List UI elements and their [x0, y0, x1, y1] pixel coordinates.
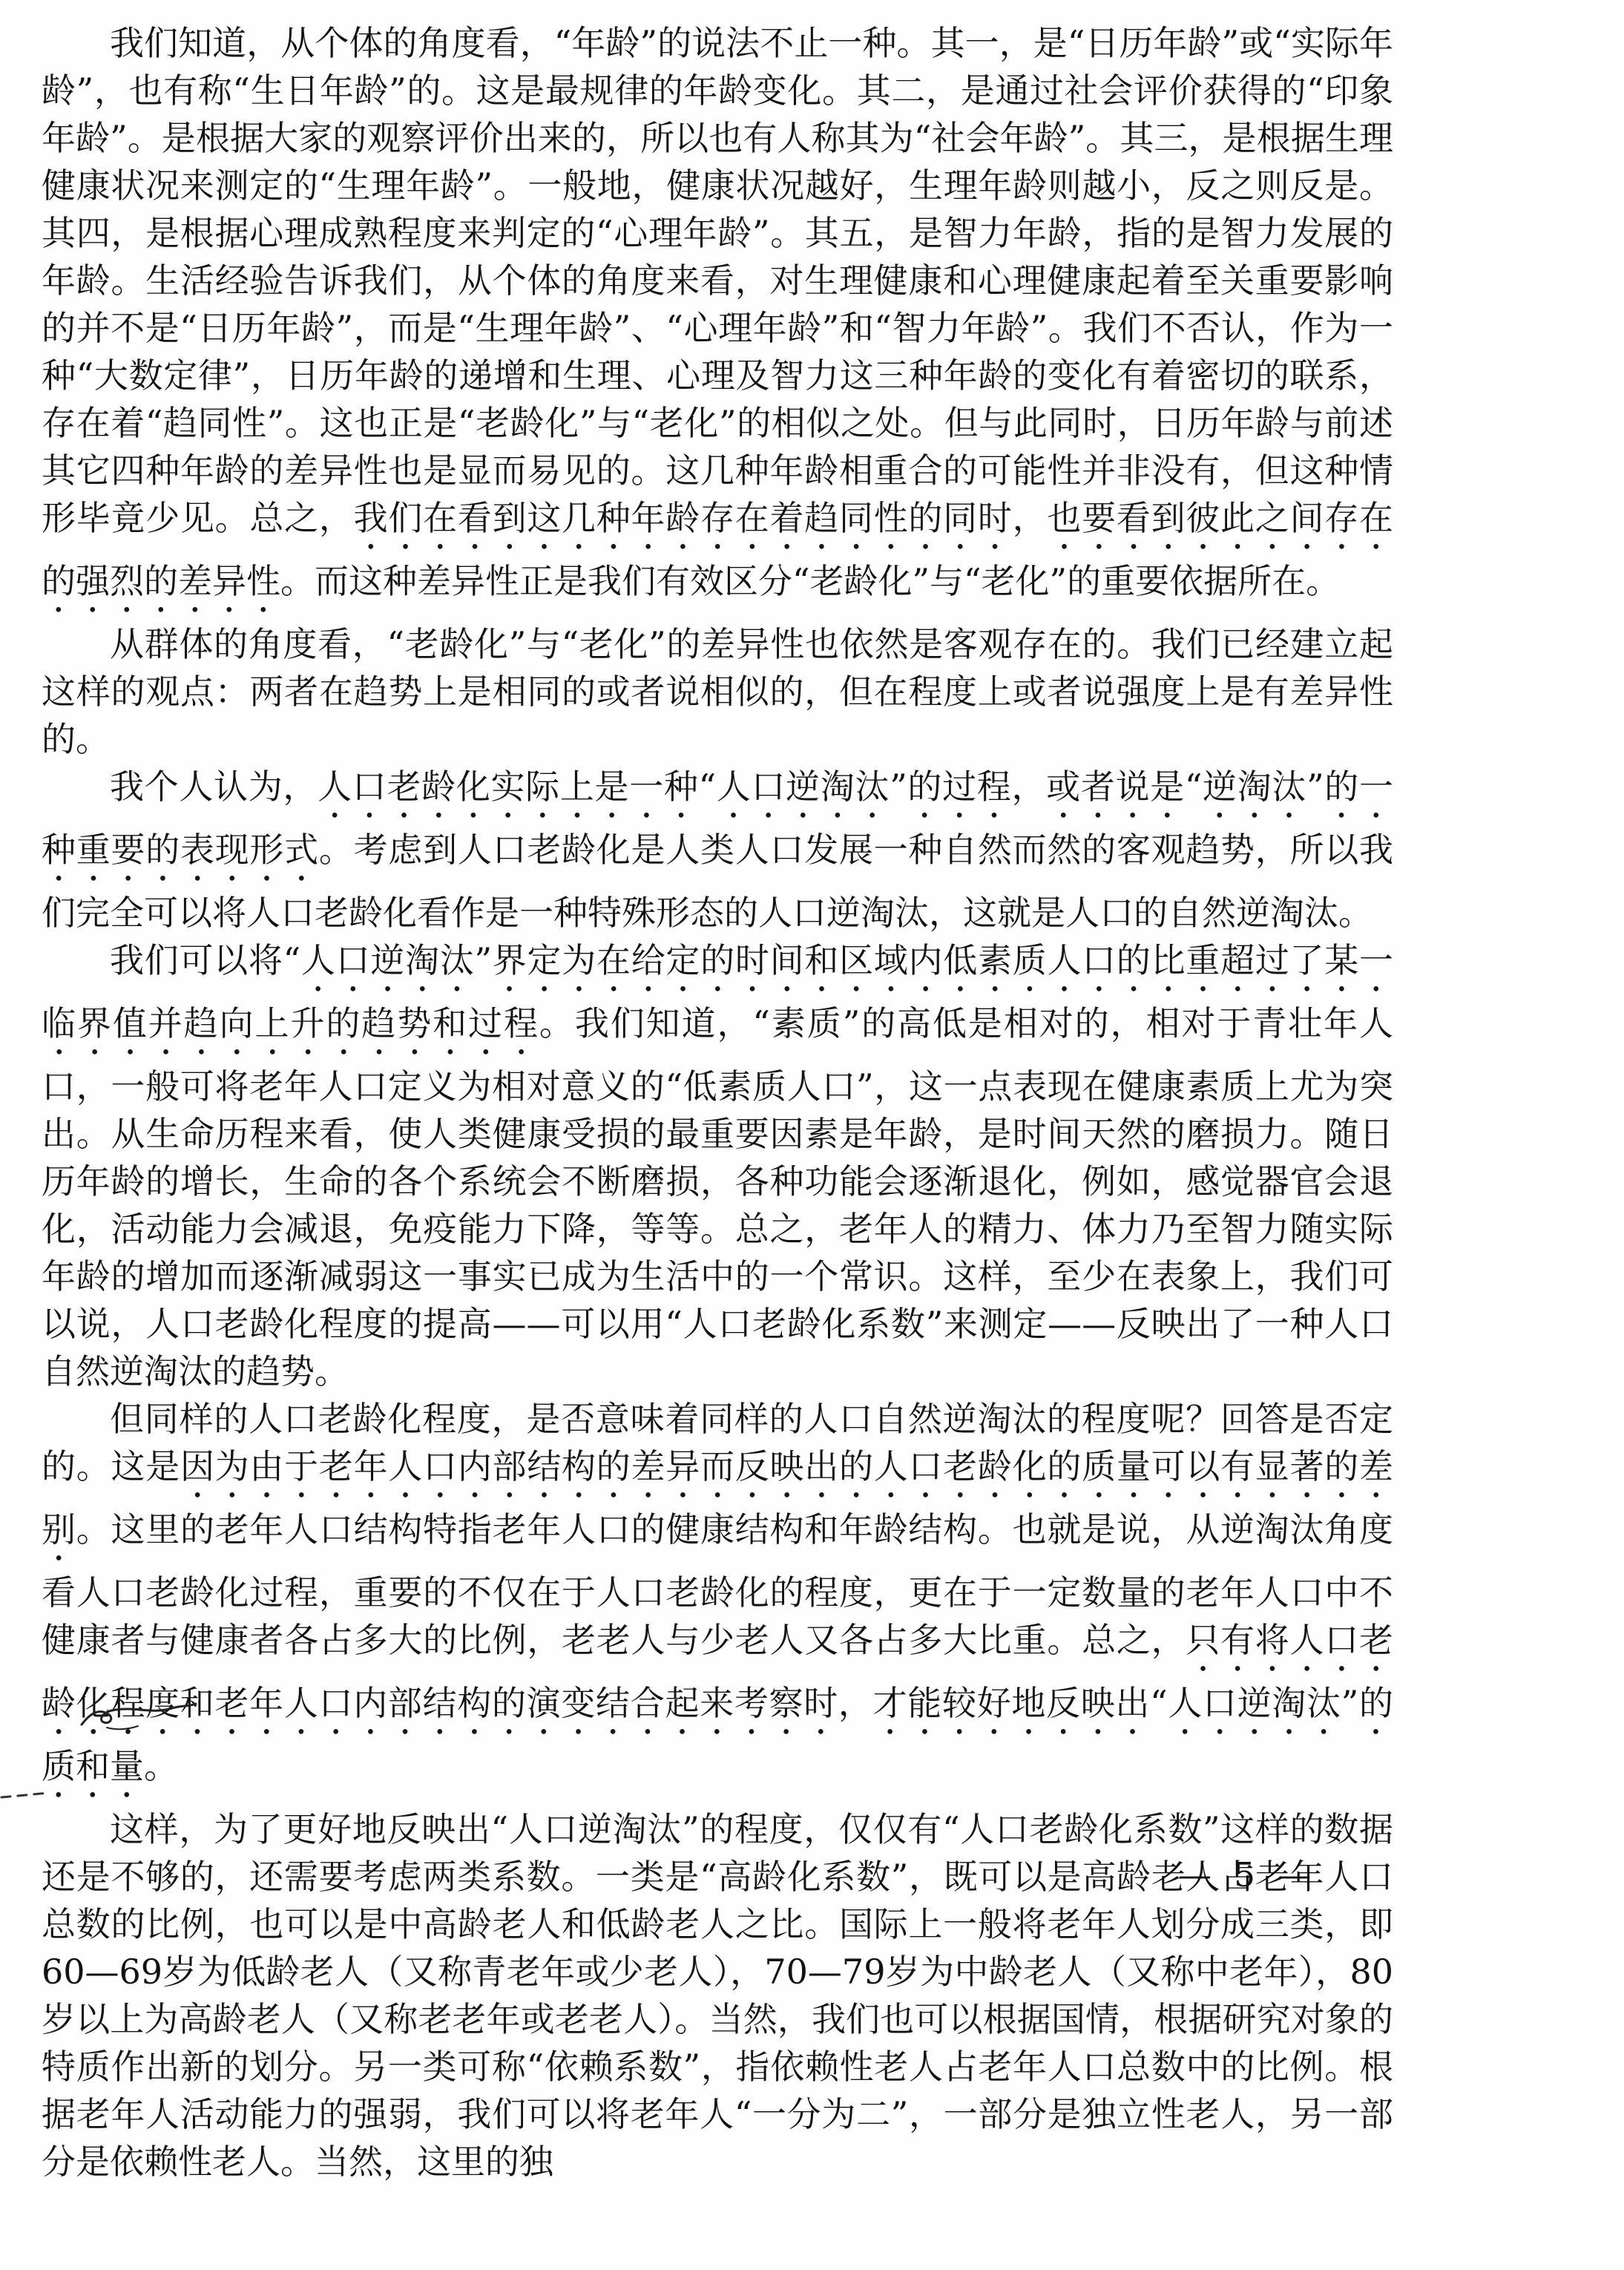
text-run: 从群体的角度看，“老龄化”与“老化”的差异性也依然是客观存在的。我们已经建立起这… — [42, 624, 1393, 759]
paragraph: 从群体的角度看，“老龄化”与“老化”的差异性也依然是客观存在的。我们已经建立起这… — [42, 620, 1393, 763]
paragraph: 我个人认为，人口老龄化实际上是一种“人口逆淘汰”的过程，或者说是“逆淘汰”的一种… — [42, 763, 1393, 936]
paragraph: 我们知道，从个体的角度看，“年龄”的说法不止一种。其一，是“日历年龄”或“实际年… — [42, 19, 1393, 620]
text-run: 而这种差异性正是我们有效区分“老龄化”与“老化”的重要依据所在。 — [315, 561, 1340, 601]
paragraph: 但同样的人口老龄化程度，是否意味着同样的人口自然逆淘汰的程度呢？回答是否定的。这… — [42, 1395, 1393, 1805]
text-run: 我们知道，从个体的角度看，“年龄”的说法不止一种。其一，是“日历年龄”或“实际年… — [42, 23, 1393, 538]
margin-dash-mark — [0, 1779, 52, 1809]
text-run: 我们知道，“素质”的高低是相对的，相对于青壮年人口，一般可将老年人口定义为相对意… — [42, 1003, 1393, 1391]
text-run: 我个人认为， — [110, 767, 318, 807]
text-run: 我们可以将 — [110, 940, 283, 980]
page-container: 我们知道，从个体的角度看，“年龄”的说法不止一种。其一，是“日历年龄”或“实际年… — [0, 0, 1624, 2270]
paragraph: 我们可以将“人口逆淘汰”界定为在给定的时间和区域内低素质人口的比重超过了某一临界… — [42, 936, 1393, 1395]
page-number: — 5 — — [1178, 1855, 1317, 1895]
handwritten-annotation — [77, 1698, 203, 1735]
